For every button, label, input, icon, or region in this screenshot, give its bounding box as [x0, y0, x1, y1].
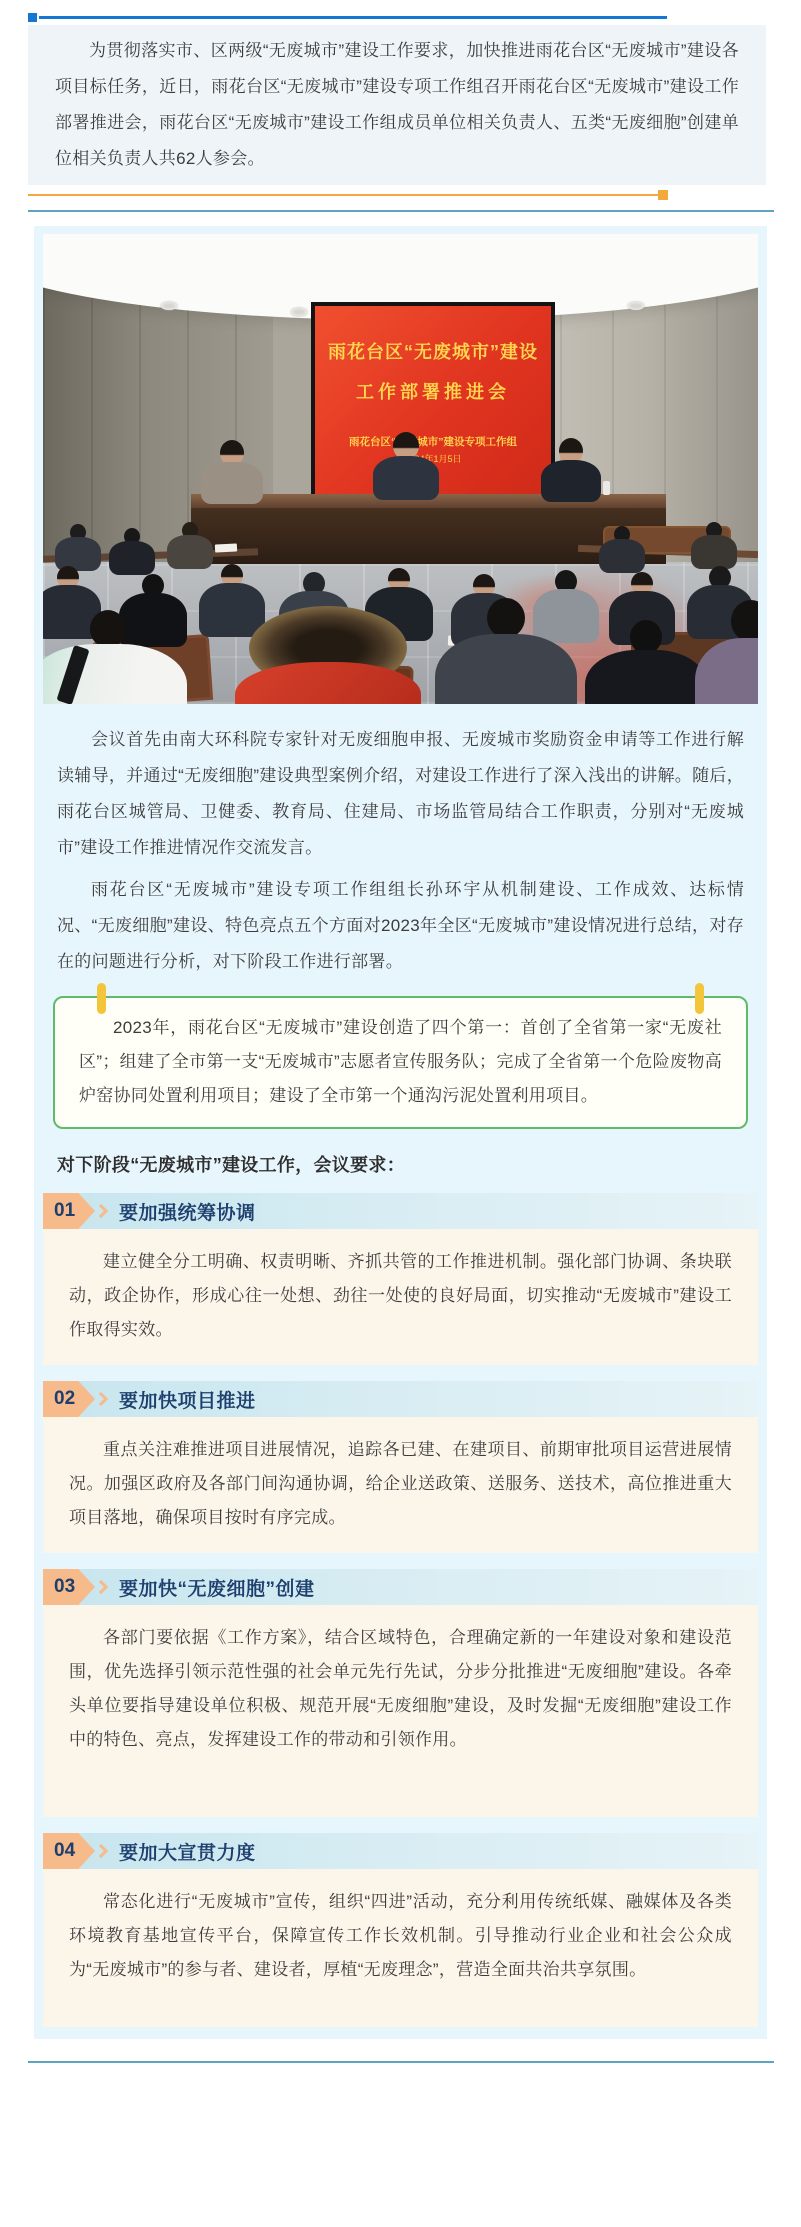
- chevron-right-icon: [94, 1392, 108, 1406]
- screen-title-line2: 工作部署推进会: [356, 378, 510, 404]
- blue-rule: [39, 16, 667, 19]
- water-bottle-icon: [603, 481, 610, 495]
- article: 为贯彻落实市、区两级“无废城市”建设工作要求，加快推进雨花台区“无废城市”建设各…: [0, 13, 801, 2063]
- section-number-badge: 03: [43, 1569, 95, 1605]
- section-01-header: 01 要加强统筹协调: [43, 1193, 758, 1229]
- highlight-text: 2023年，雨花台区“无废城市”建设创造了四个第一：首创了全省第一家“无废社区”…: [79, 1011, 722, 1113]
- main-content-box: 雨花台区“无废城市”建设 工作部署推进会 雨花台区“无废城市”建设专项工作组 2…: [34, 226, 767, 2039]
- ceiling-light-icon: [291, 308, 307, 316]
- screen-title-line1: 雨花台区“无废城市”建设: [328, 338, 538, 364]
- section-03-header: 03 要加快“无废细胞”创建: [43, 1569, 758, 1605]
- orange-accent-rule: [28, 190, 668, 200]
- section-01: 01 要加强统筹协调 建立健全分工明确、权责明晰、齐抓共管的工作推进机制。强化部…: [43, 1193, 758, 1365]
- section-title: 要加快“无废细胞”创建: [119, 1574, 315, 1601]
- section-04-body: 常态化进行“无废城市”宣传，组织“四进”活动，充分利用传统纸媒、融媒体及各类环境…: [43, 1869, 758, 2027]
- highlight-box: 2023年，雨花台区“无废城市”建设创造了四个第一：首创了全省第一家“无废社区”…: [53, 996, 748, 1129]
- audience-person-white-jacket: [43, 610, 187, 704]
- presenter-center: [373, 432, 439, 500]
- section-title: 要加快项目推进: [119, 1386, 256, 1413]
- orange-square-icon: [658, 190, 668, 200]
- section-03: 03 要加快“无废细胞”创建 各部门要依据《工作方案》，结合区域特色，合理确定新…: [43, 1569, 758, 1817]
- presenter-left: [201, 440, 263, 504]
- top-accent-rule: [28, 13, 766, 22]
- section-number-badge: 01: [43, 1193, 95, 1229]
- paper: [215, 543, 237, 552]
- conference-photo[interactable]: 雨花台区“无废城市”建设 工作部署推进会 雨花台区“无废城市”建设专项工作组 2…: [43, 234, 758, 704]
- section-body-text: 常态化进行“无废城市”宣传，组织“四进”活动，充分利用传统纸媒、融媒体及各类环境…: [69, 1885, 732, 1987]
- chevron-right-icon: [94, 1204, 108, 1218]
- body-text-area: 会议首先由南大环科院专家针对无废细胞申报、无废城市奖励资金申请等工作进行解读辅导…: [43, 722, 758, 980]
- section-01-body: 建立健全分工明确、权责明晰、齐抓共管的工作推进机制。强化部门协调、条块联动，政企…: [43, 1229, 758, 1365]
- ceiling-light-icon: [628, 302, 644, 310]
- chevron-right-icon: [94, 1580, 108, 1594]
- paragraph-summary: 雨花台区“无废城市”建设专项工作组组长孙环宇从机制建设、工作成效、达标情况、“无…: [57, 872, 744, 980]
- paragraph-meeting-briefing: 会议首先由南大环科院专家针对无废细胞申报、无废城市奖励资金申请等工作进行解读辅导…: [57, 722, 744, 866]
- section-04: 04 要加大宣贯力度 常态化进行“无废城市”宣传，组织“四进”活动，充分利用传统…: [43, 1833, 758, 2027]
- yellow-pill-icon: [97, 983, 106, 1014]
- section-02-body: 重点关注难推进项目进展情况，追踪各已建、在建项目、前期审批项目运营进展情况。加强…: [43, 1417, 758, 1553]
- section-title: 要加大宣贯力度: [119, 1838, 256, 1865]
- ceiling-light-icon: [161, 302, 177, 310]
- audience-person: [109, 528, 155, 575]
- section-number-badge: 04: [43, 1833, 95, 1869]
- section-body-text: 重点关注难推进项目进展情况，追踪各已建、在建项目、前期审批项目运营进展情况。加强…: [69, 1433, 732, 1535]
- audience-person: [435, 598, 577, 704]
- blue-square-icon: [28, 13, 37, 22]
- section-body-text: 各部门要依据《工作方案》，结合区域特色，合理确定新的一年建设对象和建设范围，优先…: [69, 1621, 732, 1757]
- audience-person: [691, 522, 737, 569]
- section-title: 要加强统筹协调: [119, 1198, 256, 1225]
- section-body-text: 建立健全分工明确、权责明晰、齐抓共管的工作推进机制。强化部门协调、条块联动，政企…: [69, 1245, 732, 1347]
- section-03-body: 各部门要依据《工作方案》，结合区域特色，合理确定新的一年建设对象和建设范围，优先…: [43, 1605, 758, 1817]
- audience-person: [167, 522, 213, 569]
- requirements-intro: 对下阶段“无废城市”建设工作，会议要求：: [57, 1151, 744, 1177]
- audience-person: [585, 620, 707, 704]
- audience-person: [55, 524, 101, 571]
- separator-bottom: [28, 2061, 774, 2063]
- section-02: 02 要加快项目推进 重点关注难推进项目进展情况，追踪各已建、在建项目、前期审批…: [43, 1381, 758, 1553]
- audience-person-red-coat: [235, 606, 421, 704]
- audience-person-purple-coat: [695, 600, 758, 704]
- yellow-pill-icon: [695, 983, 704, 1014]
- section-04-header: 04 要加大宣贯力度: [43, 1833, 758, 1869]
- presenter-right: [541, 438, 601, 502]
- intro-box: 为贯彻落实市、区两级“无废城市”建设工作要求，加快推进雨花台区“无废城市”建设各…: [28, 25, 766, 185]
- separator-top: [28, 210, 774, 212]
- section-02-header: 02 要加快项目推进: [43, 1381, 758, 1417]
- audience-person: [599, 526, 645, 573]
- orange-rule: [28, 194, 658, 196]
- intro-paragraph: 为贯彻落实市、区两级“无废城市”建设工作要求，加快推进雨花台区“无废城市”建设各…: [55, 33, 739, 177]
- section-number-badge: 02: [43, 1381, 95, 1417]
- chevron-right-icon: [94, 1844, 108, 1858]
- head-table-front: [191, 508, 666, 564]
